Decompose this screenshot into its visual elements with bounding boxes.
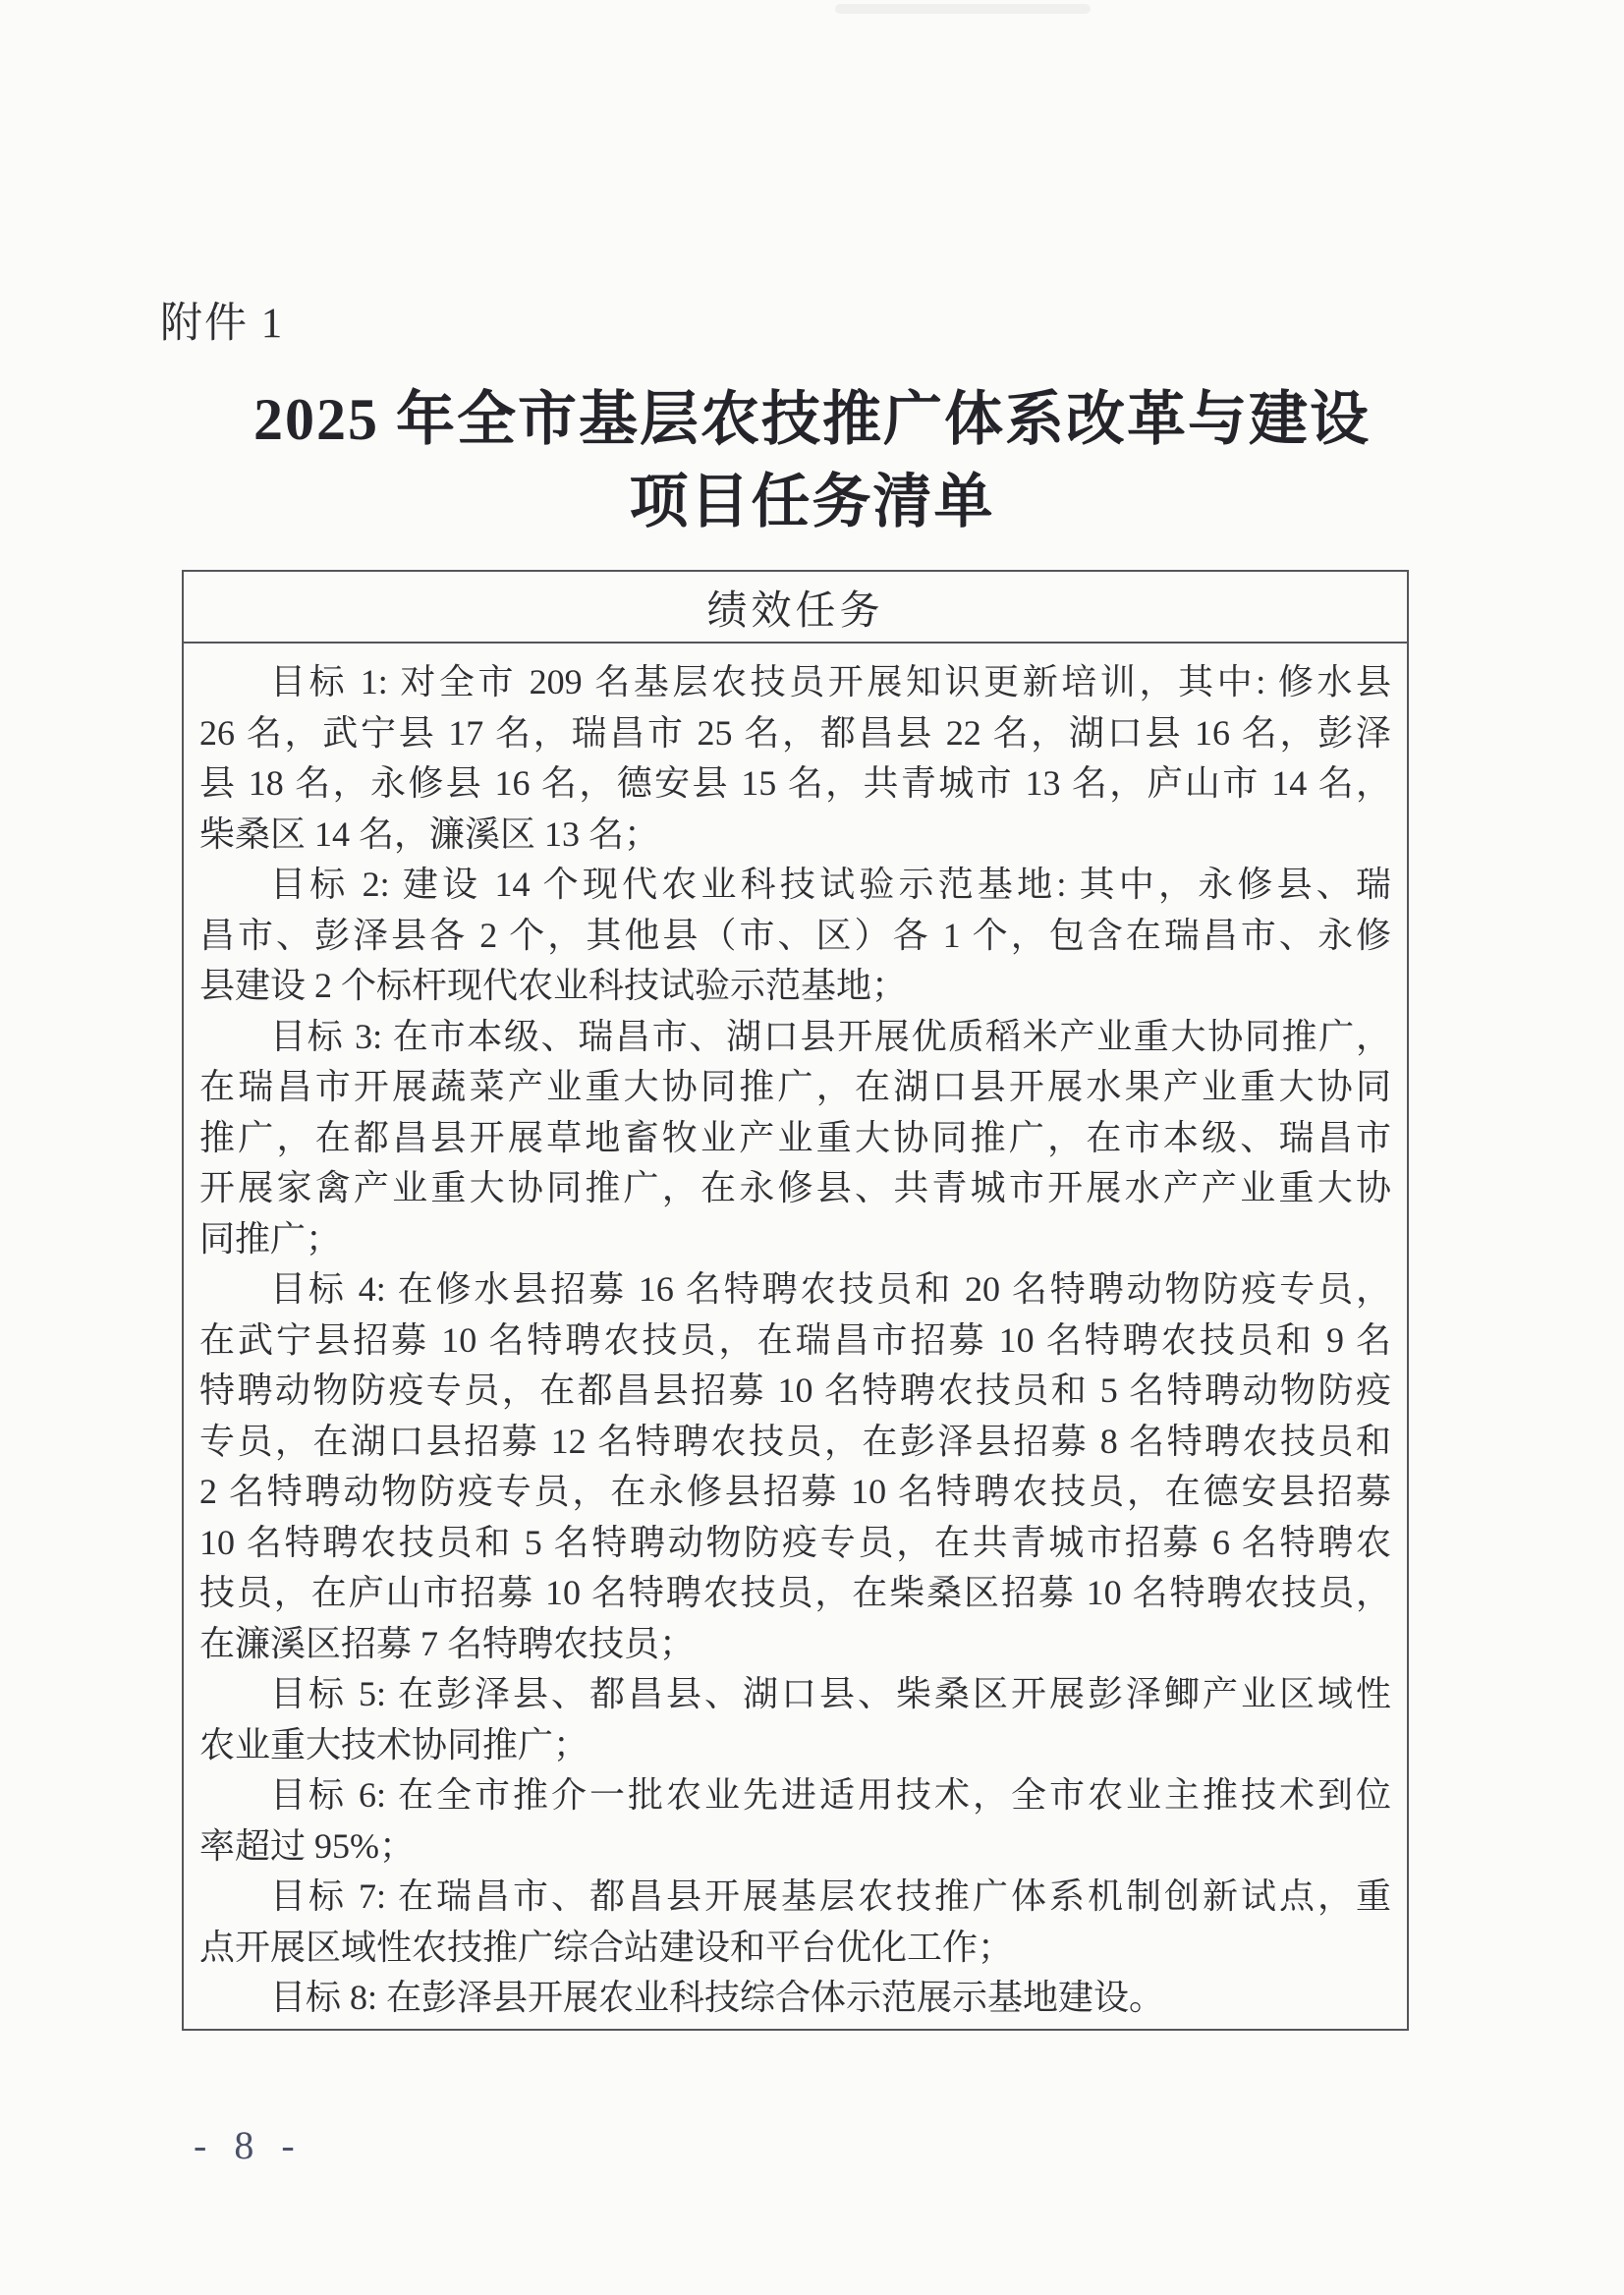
- page-number: - 8 -: [194, 2122, 304, 2168]
- scan-artifact: [835, 4, 1091, 14]
- goal-text-line: 10 名特聘农技员和 5 名特聘动物防疫专员，在共青城市招募 6 名特聘农: [199, 1518, 1391, 1569]
- goal-text-line: 目标 1: 对全市 209 名基层农技员开展知识更新培训，其中: 修水县: [199, 657, 1391, 708]
- goal-text-line: 昌市、彭泽县各 2 个，其他县（市、区）各 1 个，包含在瑞昌市、永修: [199, 911, 1391, 962]
- document-title-line2: 项目任务清单: [0, 461, 1624, 543]
- goal-text-line: 目标 3: 在市本级、瑞昌市、湖口县开展优质稻米产业重大协同推广，: [199, 1012, 1391, 1063]
- goal-text-line: 目标 6: 在全市推介一批农业先进适用技术，全市农业主推技术到位: [199, 1770, 1391, 1821]
- goal-text-line: 在瑞昌市开展蔬菜产业重大协同推广，在湖口县开展水果产业重大协同: [199, 1062, 1391, 1113]
- goal-text-line: 26 名，武宁县 17 名，瑞昌市 25 名，都昌县 22 名，湖口县 16 名…: [199, 708, 1391, 759]
- goal-text-line: 目标 4: 在修水县招募 16 名特聘农技员和 20 名特聘动物防疫专员，: [199, 1264, 1391, 1315]
- performance-task-table: 绩效任务 目标 1: 对全市 209 名基层农技员开展知识更新培训，其中: 修水…: [182, 570, 1409, 2031]
- goal-text-line: 县建设 2 个标杆现代农业科技试验示范基地；: [199, 961, 1391, 1012]
- goal-text-line: 点开展区域性农技推广综合站建设和平台优化工作；: [199, 1923, 1391, 1974]
- document-title-line1: 2025 年全市基层农技推广体系改革与建设: [0, 378, 1624, 461]
- goal-text-line: 技员，在庐山市招募 10 名特聘农技员，在柴桑区招募 10 名特聘农技员，: [199, 1568, 1391, 1619]
- goal-text-line: 目标 5: 在彭泽县、都昌县、湖口县、柴桑区开展彭泽鲫产业区域性: [199, 1669, 1391, 1720]
- goal-text-line: 目标 8: 在彭泽县开展农业科技综合体示范展示基地建设。: [199, 1973, 1391, 2024]
- performance-cell: 目标 1: 对全市 209 名基层农技员开展知识更新培训，其中: 修水县26 名…: [184, 644, 1407, 2024]
- goal-text-line: 目标 2: 建设 14 个现代农业科技试验示范基地: 其中，永修县、瑞: [199, 860, 1391, 911]
- goal-text-line: 柴桑区 14 名，濂溪区 13 名；: [199, 810, 1391, 861]
- table-header-cell: 绩效任务: [184, 572, 1407, 644]
- goal-text-line: 同推广；: [199, 1214, 1391, 1265]
- attachment-label: 附件 1: [160, 290, 284, 350]
- document-page: 附件 1 2025 年全市基层农技推广体系改革与建设 项目任务清单 绩效任务 目…: [0, 0, 1624, 2295]
- goal-text-line: 2 名特聘动物防疫专员，在永修县招募 10 名特聘农技员，在德安县招募: [199, 1467, 1391, 1518]
- goal-text-line: 农业重大技术协同推广；: [199, 1720, 1391, 1771]
- goal-text-line: 县 18 名，永修县 16 名，德安县 15 名，共青城市 13 名，庐山市 1…: [199, 758, 1391, 810]
- goal-text-line: 在濂溪区招募 7 名特聘农技员；: [199, 1619, 1391, 1670]
- document-title: 2025 年全市基层农技推广体系改革与建设 项目任务清单: [0, 378, 1624, 543]
- goal-text-line: 推广，在都昌县开展草地畜牧业产业重大协同推广，在市本级、瑞昌市: [199, 1113, 1391, 1164]
- goal-text-line: 目标 7: 在瑞昌市、都昌县开展基层农技推广体系机制创新试点，重: [199, 1872, 1391, 1923]
- goal-text-line: 率超过 95%；: [199, 1821, 1391, 1873]
- goal-text-line: 在武宁县招募 10 名特聘农技员，在瑞昌市招募 10 名特聘农技员和 9 名: [199, 1315, 1391, 1367]
- goal-text-line: 特聘动物防疫专员，在都昌县招募 10 名特聘农技员和 5 名特聘动物防疫: [199, 1366, 1391, 1417]
- goal-text-line: 开展家禽产业重大协同推广，在永修县、共青城市开展水产产业重大协: [199, 1163, 1391, 1214]
- goal-text-line: 专员，在湖口县招募 12 名特聘农技员，在彭泽县招募 8 名特聘农技员和: [199, 1417, 1391, 1468]
